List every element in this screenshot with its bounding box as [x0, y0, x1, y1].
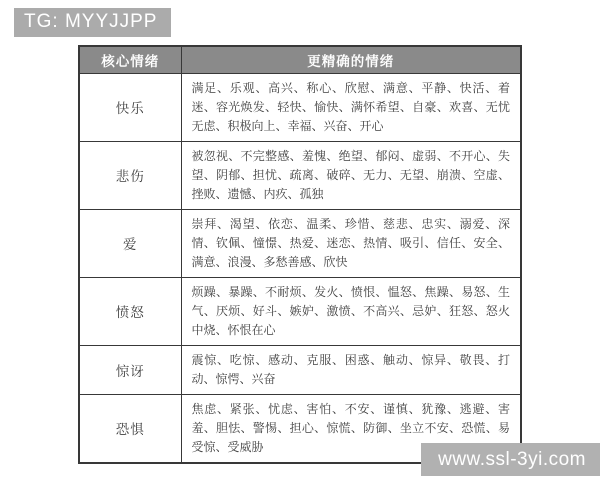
core-emotion-label: 愤怒: [79, 277, 181, 345]
core-emotion-label: 悲伤: [79, 141, 181, 209]
core-emotion-label: 爱: [79, 209, 181, 277]
watermark-bottom-right: www.ssl-3yi.com: [421, 443, 600, 476]
core-emotion-label: 恐惧: [79, 394, 181, 463]
page: TG: MYYJJPP 核心情绪 更精确的情绪 快乐 满足、乐观、高兴、称心、欣…: [0, 0, 600, 480]
table-row-anger: 愤怒 烦躁、暴躁、不耐烦、发火、愤恨、愠怒、焦躁、易怒、生气、厌烦、好斗、嫉妒、…: [79, 277, 521, 345]
table-row-surprise: 惊讶 震惊、吃惊、感动、克服、困惑、触动、惊异、敬畏、打动、惊愕、兴奋: [79, 345, 521, 394]
precise-emotion-list: 被忽视、不完整感、羞愧、绝望、郁闷、虚弱、不开心、失望、阴郁、担忧、疏离、破碎、…: [181, 141, 521, 209]
table-header-row: 核心情绪 更精确的情绪: [79, 46, 521, 73]
precise-emotion-list: 满足、乐观、高兴、称心、欣慰、满意、平静、快活、着迷、容光焕发、轻快、愉快、满怀…: [181, 73, 521, 141]
watermark-top-left: TG: MYYJJPP: [14, 8, 171, 37]
emotion-table: 核心情绪 更精确的情绪 快乐 满足、乐观、高兴、称心、欣慰、满意、平静、快活、着…: [78, 45, 522, 464]
column-header-precise-emotion: 更精确的情绪: [181, 46, 521, 73]
core-emotion-label: 快乐: [79, 73, 181, 141]
precise-emotion-list: 烦躁、暴躁、不耐烦、发火、愤恨、愠怒、焦躁、易怒、生气、厌烦、好斗、嫉妒、激愤、…: [181, 277, 521, 345]
table-row-happiness: 快乐 满足、乐观、高兴、称心、欣慰、满意、平静、快活、着迷、容光焕发、轻快、愉快…: [79, 73, 521, 141]
column-header-core-emotion: 核心情绪: [79, 46, 181, 73]
table-row-love: 爱 崇拜、渴望、依恋、温柔、珍惜、慈悲、忠实、溺爱、深情、钦佩、憧憬、热爱、迷恋…: [79, 209, 521, 277]
table-row-sadness: 悲伤 被忽视、不完整感、羞愧、绝望、郁闷、虚弱、不开心、失望、阴郁、担忧、疏离、…: [79, 141, 521, 209]
core-emotion-label: 惊讶: [79, 345, 181, 394]
precise-emotion-list: 震惊、吃惊、感动、克服、困惑、触动、惊异、敬畏、打动、惊愕、兴奋: [181, 345, 521, 394]
precise-emotion-list: 崇拜、渴望、依恋、温柔、珍惜、慈悲、忠实、溺爱、深情、钦佩、憧憬、热爱、迷恋、热…: [181, 209, 521, 277]
